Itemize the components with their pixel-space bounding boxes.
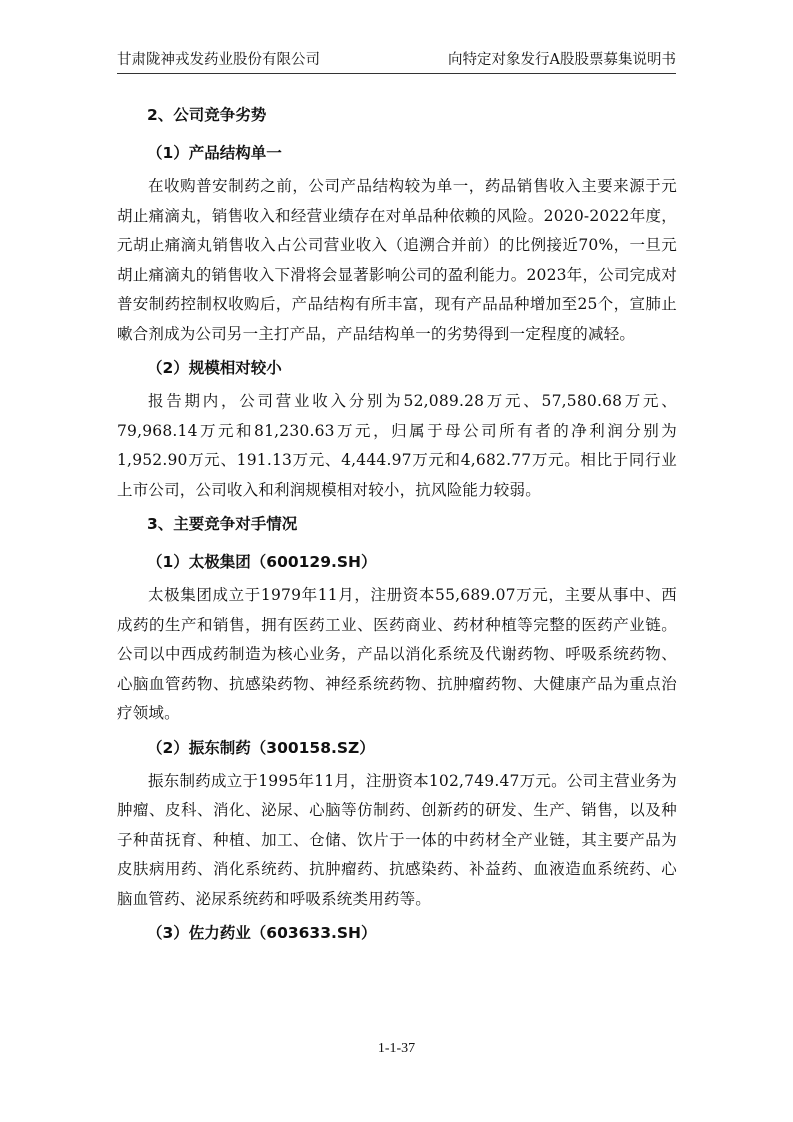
- subheading-taiji-group: （1）太极集团（600129.SH）: [117, 543, 677, 581]
- paragraph-scale: 报告期内，公司营业收入分别为52,089.28万元、57,580.68万元、79…: [117, 387, 677, 505]
- page-number: 1-1-37: [0, 1041, 793, 1057]
- subheading-small-scale: （2）规模相对较小: [117, 349, 677, 387]
- paragraph-product-structure: 在收购普安制药之前，公司产品结构较为单一，药品销售收入主要来源于元胡止痛滴丸，销…: [117, 172, 677, 349]
- page-body: 2、公司竞争劣势 （1）产品结构单一 在收购普安制药之前，公司产品结构较为单一，…: [117, 96, 677, 952]
- header-company: 甘肃陇神戎发药业股份有限公司: [117, 48, 320, 69]
- page-header: 甘肃陇神戎发药业股份有限公司 向特定对象发行A股股票募集说明书: [117, 48, 676, 74]
- subheading-single-product-structure: （1）产品结构单一: [117, 134, 677, 172]
- subheading-zhendong-pharma: （2）振东制药（300158.SZ）: [117, 729, 677, 767]
- section-heading-competitors: 3、主要竞争对手情况: [117, 505, 677, 543]
- header-doc-title: 向特定对象发行A股股票募集说明书: [448, 48, 676, 69]
- paragraph-taiji-group: 太极集团成立于1979年11月，注册资本55,689.07万元，主要从事中、西成…: [117, 581, 677, 729]
- subheading-zuoli-pharma: （3）佐力药业（603633.SH）: [117, 914, 677, 952]
- paragraph-zhendong-pharma: 振东制药成立于1995年11月，注册资本102,749.47万元。公司主营业务为…: [117, 767, 677, 915]
- section-heading-competitive-disadvantage: 2、公司竞争劣势: [117, 96, 677, 134]
